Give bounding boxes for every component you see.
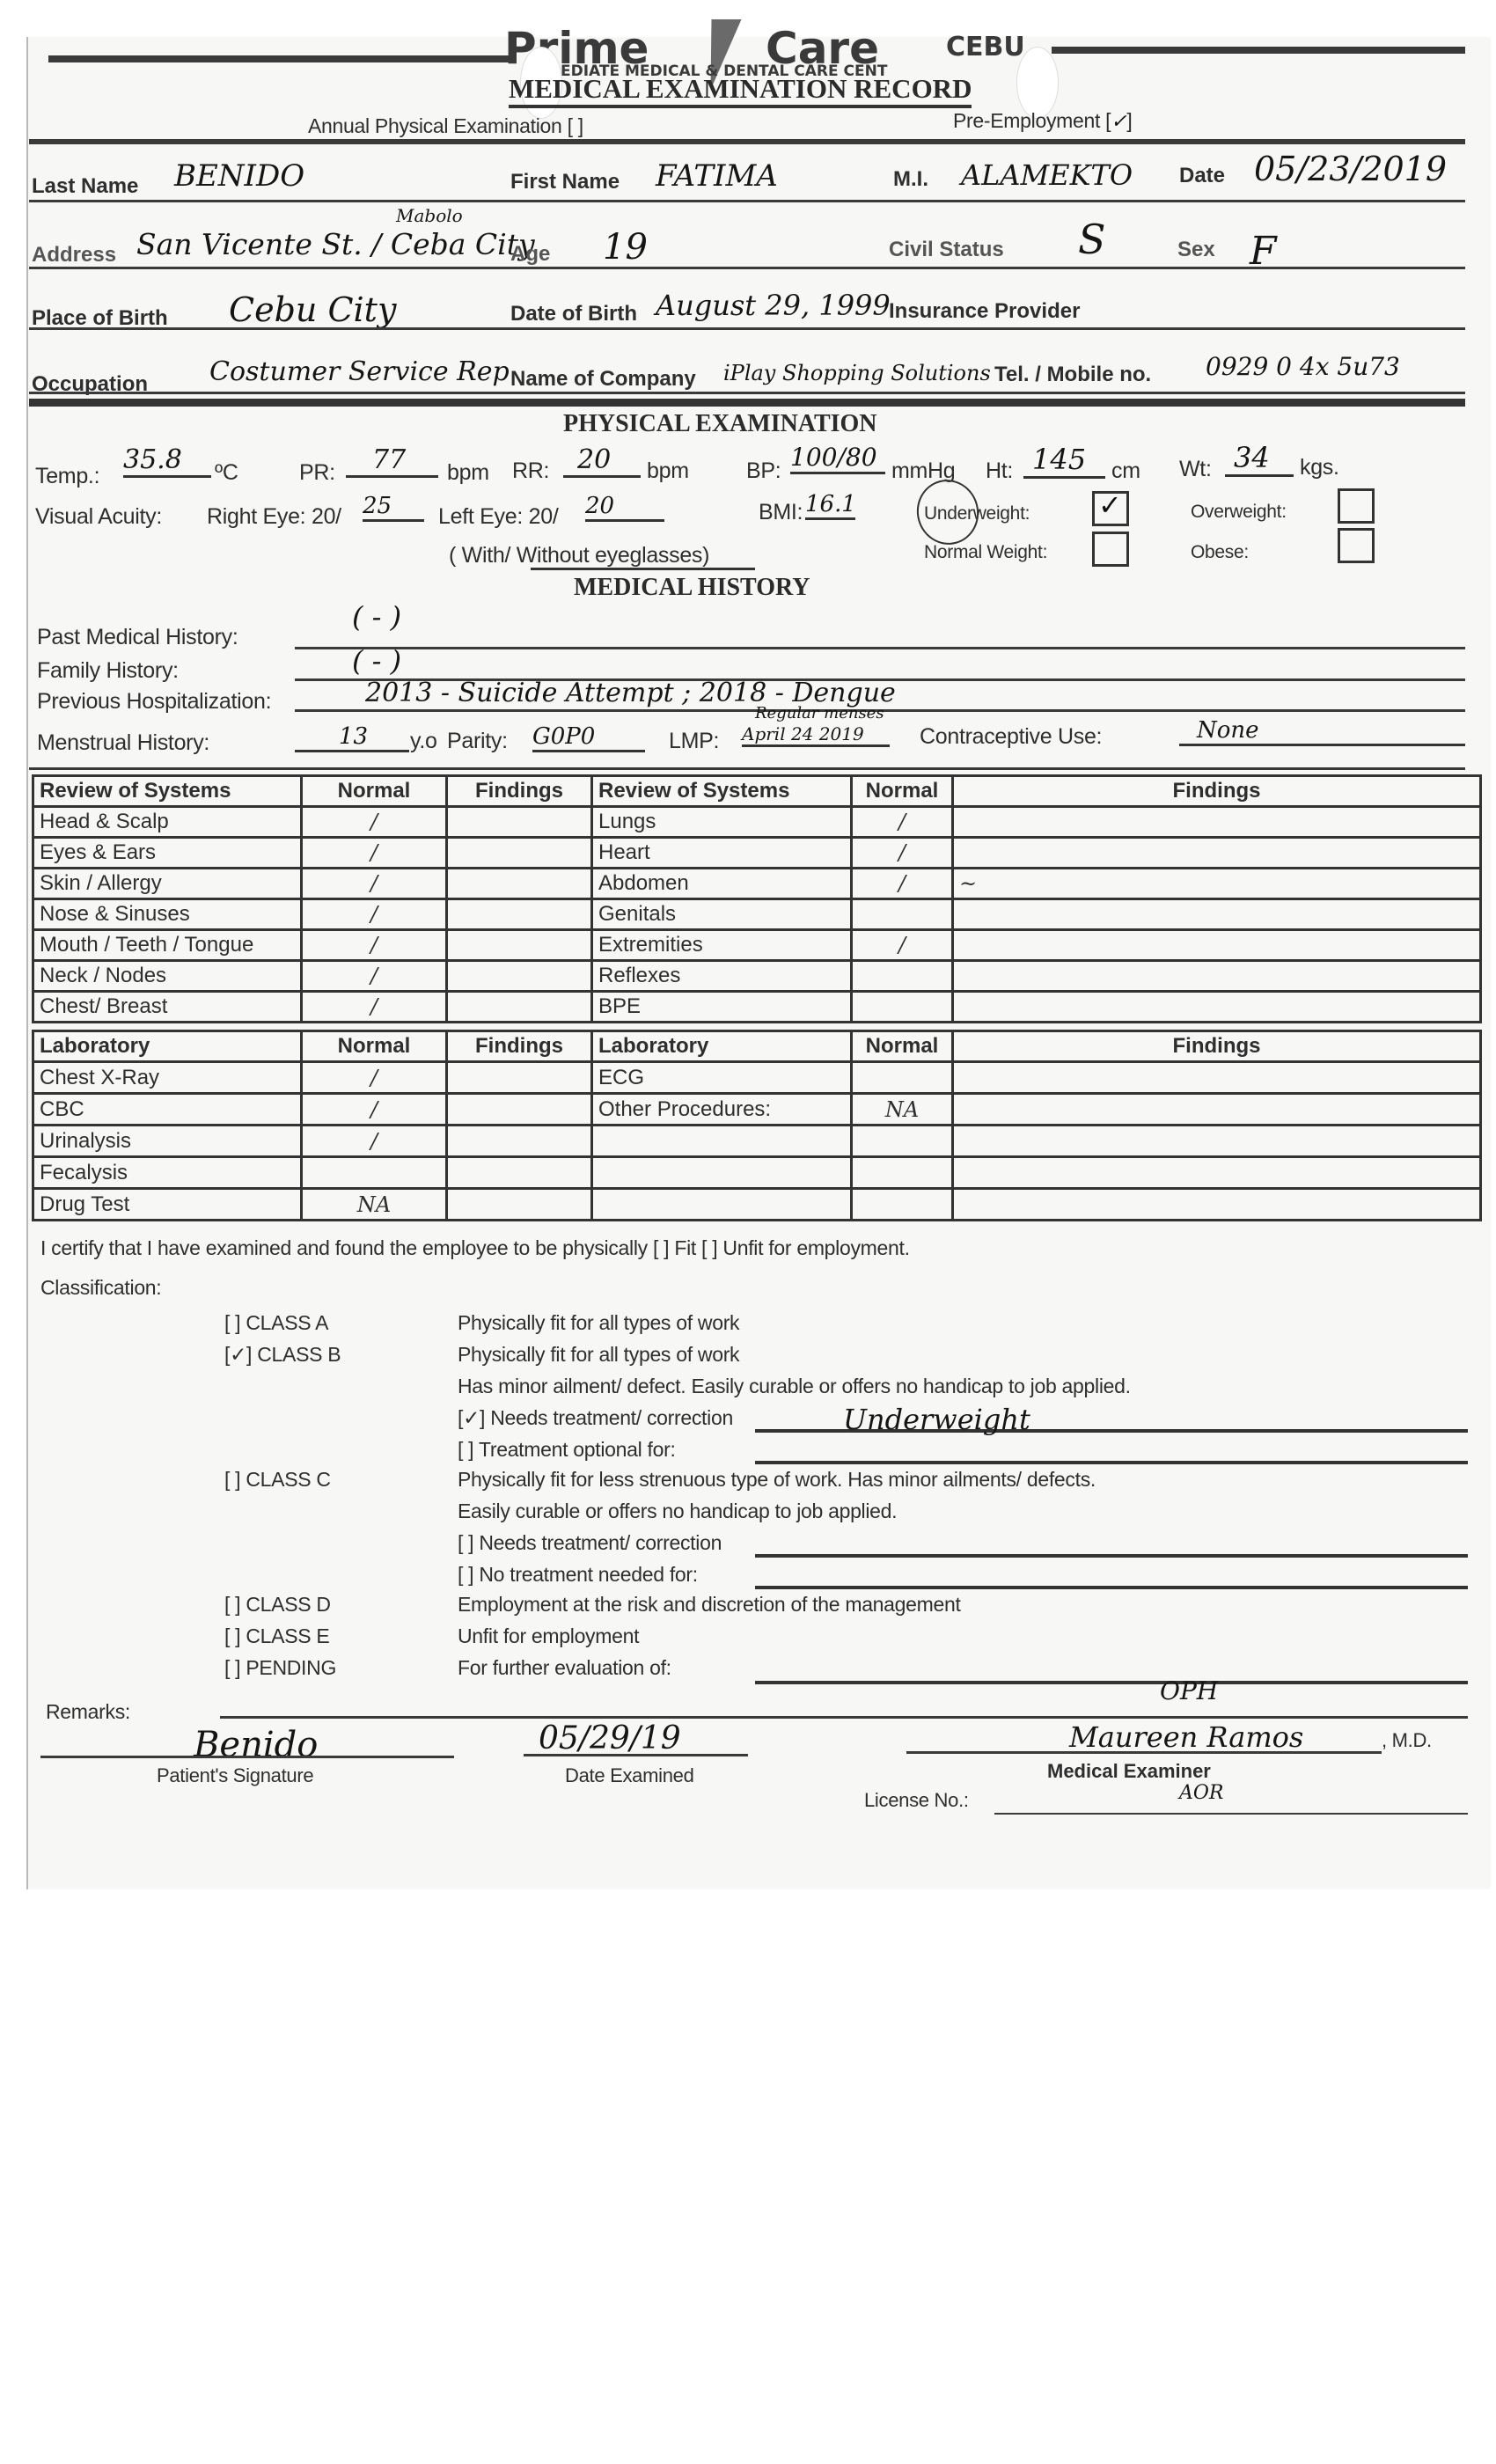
bmi-label: BMI: xyxy=(759,500,803,525)
place-of-birth-field[interactable]: Cebu City xyxy=(229,290,396,329)
remarks-line[interactable] xyxy=(220,1716,1468,1719)
family-history-label: Family History: xyxy=(37,658,179,684)
tel-label: Tel. / Mobile no. xyxy=(994,363,1151,387)
class-class-c-checkbox[interactable]: [ ] CLASS C xyxy=(224,1468,331,1492)
lab-row: CBC/Other Procedures:NA xyxy=(33,1094,1481,1126)
check-icon: ✓ xyxy=(1111,111,1126,133)
ros-item-label: Abdomen xyxy=(592,869,852,899)
row-rule xyxy=(29,267,1465,269)
findings-field[interactable] xyxy=(953,961,1481,992)
normal-mark[interactable]: / xyxy=(302,1126,447,1157)
column-header: Findings xyxy=(953,1031,1481,1062)
right-eye-field[interactable]: 25 xyxy=(363,493,424,522)
address-field[interactable]: San Vicente St. / Ceba City xyxy=(136,227,535,261)
normal-mark[interactable] xyxy=(852,961,953,992)
findings-field[interactable] xyxy=(447,930,592,961)
patient-signature[interactable]: Benido xyxy=(194,1725,318,1765)
past-history-field[interactable]: ( - ) xyxy=(352,600,401,634)
class-class-a-checkbox[interactable]: [ ] CLASS A xyxy=(224,1311,328,1335)
visual-acuity-label: Visual Acuity: xyxy=(35,504,162,530)
date-examined-field[interactable]: 05/29/19 xyxy=(539,1720,681,1756)
obese-checkbox[interactable] xyxy=(1338,528,1375,563)
findings-field[interactable] xyxy=(953,1157,1481,1189)
findings-field[interactable] xyxy=(953,1189,1481,1221)
class-class-e-checkbox[interactable]: [ ] CLASS E xyxy=(224,1624,329,1648)
civil-status-field[interactable]: S xyxy=(1078,216,1106,263)
section-rule xyxy=(29,767,1465,770)
column-header: Review of Systems xyxy=(592,776,852,807)
lab-item-label: Urinalysis xyxy=(33,1126,302,1157)
ros-item-label: Head & Scalp xyxy=(33,807,302,838)
brand-city: CEBU xyxy=(946,32,1025,62)
ht-field[interactable]: 145 xyxy=(1023,443,1105,479)
normal-mark[interactable]: / xyxy=(302,1094,447,1126)
normal-mark[interactable] xyxy=(852,1189,953,1221)
insurance-label: Insurance Provider xyxy=(889,299,1080,324)
class-b-needs-treatment-checkbox[interactable]: [✓] Needs treatment/ correction xyxy=(458,1406,733,1430)
ros-row: Mouth / Teeth / Tongue/Extremities/ xyxy=(33,930,1481,961)
company-label: Name of Company xyxy=(510,367,696,392)
normal-mark[interactable]: / xyxy=(302,869,447,899)
right-eye-label: Right Eye: 20/ xyxy=(207,504,341,530)
findings-field[interactable] xyxy=(447,838,592,869)
lmp-field[interactable]: April 24 2019 xyxy=(742,723,890,747)
ros-item-label: Genitals xyxy=(592,899,852,930)
class-c-needs-treatment-checkbox[interactable]: [ ] Needs treatment/ correction xyxy=(458,1531,722,1555)
column-header: Findings xyxy=(953,776,1481,807)
overweight-checkbox[interactable] xyxy=(1338,488,1375,524)
weight-overweight-label: Overweight: xyxy=(1191,502,1287,523)
wt-label: Wt: xyxy=(1179,457,1212,482)
weight-obese-label: Obese: xyxy=(1191,542,1249,563)
left-eye-label: Left Eye: 20/ xyxy=(438,504,558,530)
class-c-needs-treatment-field[interactable] xyxy=(755,1528,1468,1558)
class-c-no-treatment-field[interactable] xyxy=(755,1559,1468,1589)
findings-field[interactable] xyxy=(447,1126,592,1157)
normal-weight-checkbox[interactable] xyxy=(1092,532,1129,567)
normal-mark[interactable]: / xyxy=(852,930,953,961)
ht-label: Ht: xyxy=(986,458,1013,484)
menarche-field[interactable]: 13 xyxy=(295,723,409,752)
classification-label: Classification: xyxy=(40,1276,161,1300)
findings-field[interactable] xyxy=(447,869,592,899)
column-header: Findings xyxy=(447,1031,592,1062)
class-description: Unfit for employment xyxy=(458,1624,639,1648)
ros-row: Head & Scalp/Lungs/ xyxy=(33,807,1481,838)
pre-employment-label: Pre-Employment [ xyxy=(953,109,1111,132)
normal-mark[interactable]: NA xyxy=(852,1094,953,1126)
lab-item-label xyxy=(592,1157,852,1189)
column-header: Laboratory xyxy=(592,1031,852,1062)
ros-item-label: Extremities xyxy=(592,930,852,961)
class-class-b-checkbox[interactable]: [✓] CLASS B xyxy=(224,1343,341,1367)
normal-mark[interactable] xyxy=(852,992,953,1023)
rr-field[interactable]: 20 xyxy=(563,444,641,478)
findings-field[interactable] xyxy=(953,992,1481,1023)
wt-field[interactable]: 34 xyxy=(1225,441,1294,477)
normal-mark[interactable]: / xyxy=(852,869,953,899)
normal-mark[interactable]: / xyxy=(302,899,447,930)
patient-signature-line xyxy=(40,1756,454,1758)
sex-label: Sex xyxy=(1177,238,1215,262)
temp-field[interactable]: 35.8 xyxy=(123,444,211,478)
normal-mark[interactable] xyxy=(852,899,953,930)
findings-field[interactable] xyxy=(953,1126,1481,1157)
normal-mark[interactable]: / xyxy=(302,1062,447,1094)
ros-row: Skin / Allergy/Abdomen/~ xyxy=(33,869,1481,899)
column-header: Normal xyxy=(852,1031,953,1062)
lab-row: Chest X-Ray/ECG xyxy=(33,1062,1481,1094)
license-annotation: AOR xyxy=(1179,1782,1224,1804)
findings-field[interactable] xyxy=(953,1062,1481,1094)
license-label: License No.: xyxy=(864,1789,969,1812)
class-description: Employment at the risk and discretion of… xyxy=(458,1593,961,1617)
pending-evaluation-field[interactable] xyxy=(755,1654,1468,1684)
examiner-signature-line xyxy=(906,1751,1382,1754)
normal-mark[interactable]: / xyxy=(852,838,953,869)
normal-mark[interactable]: NA xyxy=(302,1189,447,1221)
left-eye-field[interactable]: 20 xyxy=(585,493,664,522)
parity-field[interactable]: G0P0 xyxy=(532,723,645,752)
normal-mark[interactable] xyxy=(302,1157,447,1189)
lab-row: Fecalysis xyxy=(33,1157,1481,1189)
column-header: Normal xyxy=(302,776,447,807)
normal-mark[interactable]: / xyxy=(302,961,447,992)
check-icon: ✓ xyxy=(1098,488,1122,522)
lab-item-label: Fecalysis xyxy=(33,1157,302,1189)
age-label: Age xyxy=(510,242,550,267)
lab-header-row: LaboratoryNormalFindingsLaboratoryNormal… xyxy=(33,1031,1481,1062)
findings-field[interactable] xyxy=(447,992,592,1023)
first-name-label: First Name xyxy=(510,170,620,194)
ros-row: Neck / Nodes/Reflexes xyxy=(33,961,1481,992)
class-description: For further evaluation of: xyxy=(458,1656,671,1680)
class-c-detail: Easily curable or offers no handicap to … xyxy=(458,1500,897,1523)
mi-field[interactable]: ALAMEKTO xyxy=(961,158,1133,192)
examiner-signature[interactable]: Maureen Ramos xyxy=(1069,1720,1303,1754)
menstrual-note: Regular menses xyxy=(755,704,884,722)
menarche-unit: y.o xyxy=(410,729,437,754)
findings-field[interactable] xyxy=(953,807,1481,838)
weight-normal-label: Normal Weight: xyxy=(924,542,1047,563)
occupation-field[interactable]: Costumer Service Rep xyxy=(209,356,510,387)
lab-item-label: Chest X-Ray xyxy=(33,1062,302,1094)
patient-signature-label: Patient's Signature xyxy=(157,1764,313,1787)
examiner-suffix: , M.D. xyxy=(1382,1729,1432,1752)
class-description: Physically fit for all types of work xyxy=(458,1311,739,1335)
field-rule xyxy=(295,647,1465,649)
lab-item-label xyxy=(592,1126,852,1157)
lab-row: Urinalysis/ xyxy=(33,1126,1481,1157)
findings-field[interactable] xyxy=(953,930,1481,961)
normal-mark[interactable]: / xyxy=(302,807,447,838)
ros-item-label: Neck / Nodes xyxy=(33,961,302,992)
lab-row: Drug TestNA xyxy=(33,1189,1481,1221)
normal-mark[interactable]: / xyxy=(302,838,447,869)
rr-unit: bpm xyxy=(647,458,689,484)
review-of-systems-table: Review of SystemsNormalFindingsReview of… xyxy=(32,774,1482,1023)
date-field[interactable]: 05/23/2019 xyxy=(1254,150,1447,188)
findings-field[interactable] xyxy=(447,807,592,838)
date-examined-line xyxy=(524,1754,748,1756)
class-class-d-checkbox[interactable]: [ ] CLASS D xyxy=(224,1593,331,1617)
menstrual-label: Menstrual History: xyxy=(37,730,209,756)
form-title: MEDICAL EXAMINATION RECORD xyxy=(509,73,972,108)
class-b-needs-treatment-field[interactable]: Underweight xyxy=(755,1403,1468,1433)
bp-label: BP: xyxy=(746,458,781,484)
date-of-birth-label: Date of Birth xyxy=(510,302,637,326)
family-history-field[interactable]: ( - ) xyxy=(352,644,401,678)
column-header: Review of Systems xyxy=(33,776,302,807)
company-field[interactable]: iPlay Shopping Solutions xyxy=(723,361,991,385)
ros-item-label: Nose & Sinuses xyxy=(33,899,302,930)
punch-hole-right xyxy=(1016,47,1059,119)
lab-item-label: Drug Test xyxy=(33,1189,302,1221)
last-name-label: Last Name xyxy=(32,174,138,199)
lab-item-label xyxy=(592,1189,852,1221)
certification-statement: I certify that I have examined and found… xyxy=(40,1236,910,1260)
lab-item-label: Other Procedures: xyxy=(592,1094,852,1126)
row-rule xyxy=(29,200,1465,202)
examiner-initials: OPH xyxy=(1160,1676,1218,1705)
address-note: Mabolo xyxy=(396,205,463,226)
physical-exam-title: PHYSICAL EXAMINATION xyxy=(563,410,877,438)
lmp-label: LMP: xyxy=(669,729,719,754)
remarks-label: Remarks: xyxy=(46,1700,130,1724)
wt-unit: kgs. xyxy=(1300,455,1339,480)
tel-field[interactable]: 0929 0 4x 5u73 xyxy=(1206,352,1400,381)
row-rule xyxy=(29,392,1465,394)
ros-item-label: Eyes & Ears xyxy=(33,838,302,869)
ros-item-label: Reflexes xyxy=(592,961,852,992)
license-line[interactable] xyxy=(994,1813,1468,1815)
parity-label: Parity: xyxy=(447,729,508,754)
pr-field[interactable]: 77 xyxy=(346,444,438,478)
ros-row: Nose & Sinuses/Genitals xyxy=(33,899,1481,930)
normal-mark[interactable] xyxy=(852,1126,953,1157)
underweight-checkbox[interactable]: ✓ xyxy=(1092,491,1129,526)
column-header: Findings xyxy=(447,776,592,807)
column-header: Normal xyxy=(302,1031,447,1062)
ros-header-row: Review of SystemsNormalFindingsReview of… xyxy=(33,776,1481,807)
normal-mark[interactable]: / xyxy=(302,992,447,1023)
ros-item-label: Heart xyxy=(592,838,852,869)
header-rule xyxy=(48,55,510,62)
normal-mark[interactable] xyxy=(852,1157,953,1189)
ros-item-label: Chest/ Breast xyxy=(33,992,302,1023)
class-b-treatment-optional-checkbox[interactable]: [ ] Treatment optional for: xyxy=(458,1438,676,1462)
section-rule xyxy=(29,399,1465,407)
hospitalization-label: Previous Hospitalization: xyxy=(37,689,271,715)
findings-field[interactable] xyxy=(953,838,1481,869)
normal-mark[interactable]: / xyxy=(852,807,953,838)
examiner-label: Medical Examiner xyxy=(1047,1760,1211,1783)
temp-unit: ºC xyxy=(215,460,238,486)
first-name-field[interactable]: FATIMA xyxy=(656,158,778,194)
normal-mark[interactable]: / xyxy=(302,930,447,961)
temp-label: Temp.: xyxy=(35,464,99,489)
lab-item-label: CBC xyxy=(33,1094,302,1126)
laboratory-table: LaboratoryNormalFindingsLaboratoryNormal… xyxy=(32,1030,1482,1221)
ros-item-label: Skin / Allergy xyxy=(33,869,302,899)
ros-row: Eyes & Ears/Heart/ xyxy=(33,838,1481,869)
findings-field[interactable] xyxy=(953,1094,1481,1126)
ros-item-label: Lungs xyxy=(592,807,852,838)
findings-field[interactable] xyxy=(447,899,592,930)
date-label: Date xyxy=(1179,164,1225,188)
age-field[interactable]: 19 xyxy=(603,227,648,268)
mi-label: M.I. xyxy=(893,167,928,192)
past-history-label: Past Medical History: xyxy=(37,625,238,650)
last-name-field[interactable]: BENIDO xyxy=(174,158,304,194)
address-label: Address xyxy=(32,243,116,268)
row-rule xyxy=(29,327,1465,330)
findings-field[interactable] xyxy=(447,1062,592,1094)
eyeglasses-note: ( With/ Without eyeglasses) xyxy=(449,543,709,568)
class-pending-checkbox[interactable]: [ ] PENDING xyxy=(224,1656,336,1680)
ros-item-label: Mouth / Teeth / Tongue xyxy=(33,930,302,961)
ros-item-label: BPE xyxy=(592,992,852,1023)
findings-field[interactable] xyxy=(447,961,592,992)
header-rule-right xyxy=(1052,47,1465,54)
normal-mark[interactable] xyxy=(852,1062,953,1094)
ros-row: Chest/ Breast/BPE xyxy=(33,992,1481,1023)
pr-label: PR: xyxy=(299,460,335,486)
bp-field[interactable]: 100/80 xyxy=(790,443,885,474)
annual-exam-option[interactable]: Annual Physical Examination [ ] xyxy=(308,114,583,138)
class-b-treatment-optional-field[interactable] xyxy=(755,1434,1468,1464)
date-examined-label: Date Examined xyxy=(565,1764,694,1787)
bmi-field[interactable]: 16.1 xyxy=(805,491,855,520)
column-header: Laboratory xyxy=(33,1031,302,1062)
pre-employment-option[interactable]: Pre-Employment [✓] xyxy=(953,109,1133,133)
findings-field[interactable] xyxy=(447,1157,592,1189)
class-c-no-treatment-checkbox[interactable]: [ ] No treatment needed for: xyxy=(458,1563,698,1587)
date-of-birth-field[interactable]: August 29, 1999 xyxy=(656,289,891,322)
findings-field[interactable] xyxy=(447,1094,592,1126)
lab-item-label: ECG xyxy=(592,1062,852,1094)
contraceptive-field[interactable]: None xyxy=(1179,717,1465,746)
column-header: Normal xyxy=(852,776,953,807)
findings-field[interactable]: ~ xyxy=(953,869,1481,899)
class-description: Physically fit for all types of work xyxy=(458,1343,739,1367)
civil-status-label: Civil Status xyxy=(889,238,1004,262)
class-b-detail: Has minor ailment/ defect. Easily curabl… xyxy=(458,1375,1131,1398)
pr-unit: bpm xyxy=(447,460,489,486)
class-description: Physically fit for less strenuous type o… xyxy=(458,1468,1096,1492)
ht-unit: cm xyxy=(1111,458,1140,484)
findings-field[interactable] xyxy=(953,899,1481,930)
header-bottom-rule xyxy=(29,139,1465,144)
findings-field[interactable] xyxy=(447,1189,592,1221)
medical-history-title: MEDICAL HISTORY xyxy=(574,574,810,602)
contraceptive-label: Contraceptive Use: xyxy=(920,724,1102,750)
without-underline xyxy=(531,568,755,570)
rr-label: RR: xyxy=(512,458,549,484)
